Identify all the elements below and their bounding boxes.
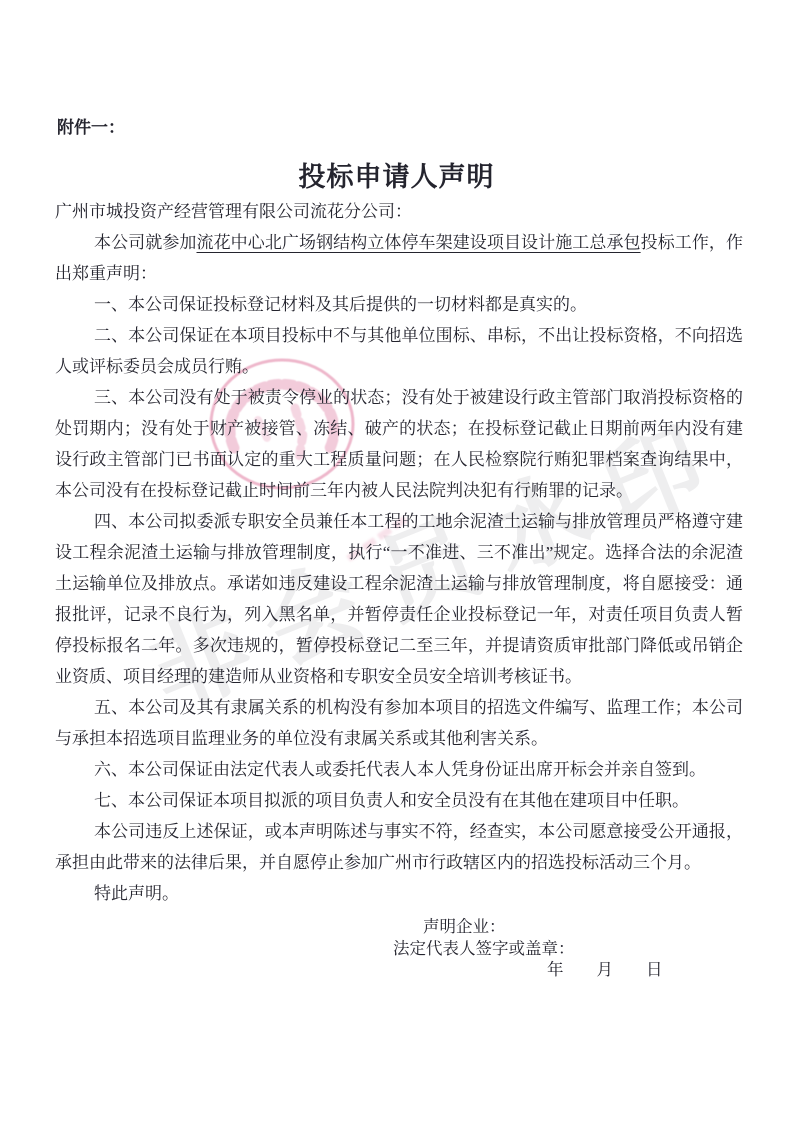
signature-block: 声明企业： 法定代表人签字或盖章： 年 月 日 [55,916,743,981]
clause-2: 二、本公司保证在本项目投标中不与其他单位围标、串标，不出让投标资格，不向招选人或… [55,320,743,382]
clause-1: 一、本公司保证投标登记材料及其后提供的一切材料都是真实的。 [55,289,743,320]
document-title: 投标申请人声明 [0,155,793,194]
breach-paragraph: 本公司违反上述保证，或本声明陈述与事实不符，经查实，本公司愿意接受公开通报，承担… [55,816,743,878]
closing-line: 特此声明。 [55,878,743,909]
clause-6: 六、本公司保证由法定代表人或委托代表人本人凭身份证出席开标会并亲自签到。 [55,754,743,785]
attachment-label: 附件一： [57,113,125,138]
clause-7: 七、本公司保证本项目拟派的项目负责人和安全员没有在其他在建项目中任职。 [55,785,743,816]
addressee-line: 广州市城投资产经营管理有限公司流花分公司： [55,196,743,227]
clause-4: 四、本公司拟委派专职安全员兼任本工程的工地余泥渣土运输与排放管理员严格遵守建设工… [55,506,743,692]
date-line: 年 月 日 [547,959,743,981]
document-body: 广州市城投资产经营管理有限公司流花分公司： 本公司就参加流花中心北广场钢结构立体… [55,196,743,981]
legal-representative-signature-label: 法定代表人签字或盖章： [393,938,743,960]
clause-5: 五、本公司及其有隶属关系的机构没有参加本项目的招选文件编写、监理工作；本公司与承… [55,692,743,754]
clause-3: 三、本公司没有处于被责令停业的状态；没有处于被建设行政主管部门取消投标资格的处罚… [55,382,743,506]
project-name-underlined: 流花中心北广场钢结构立体停车架建设项目设计施工总承包 [197,233,641,252]
scanned-document-page: 非会员水印 附件一： 投标申请人声明 广州市城投资产经营管理有限公司流花分公司：… [0,0,793,1122]
intro-paragraph: 本公司就参加流花中心北广场钢结构立体停车架建设项目设计施工总承包投标工作，作出郑… [55,227,743,289]
declaring-company-label: 声明企业： [423,916,743,938]
intro-prefix: 本公司就参加 [94,233,197,252]
